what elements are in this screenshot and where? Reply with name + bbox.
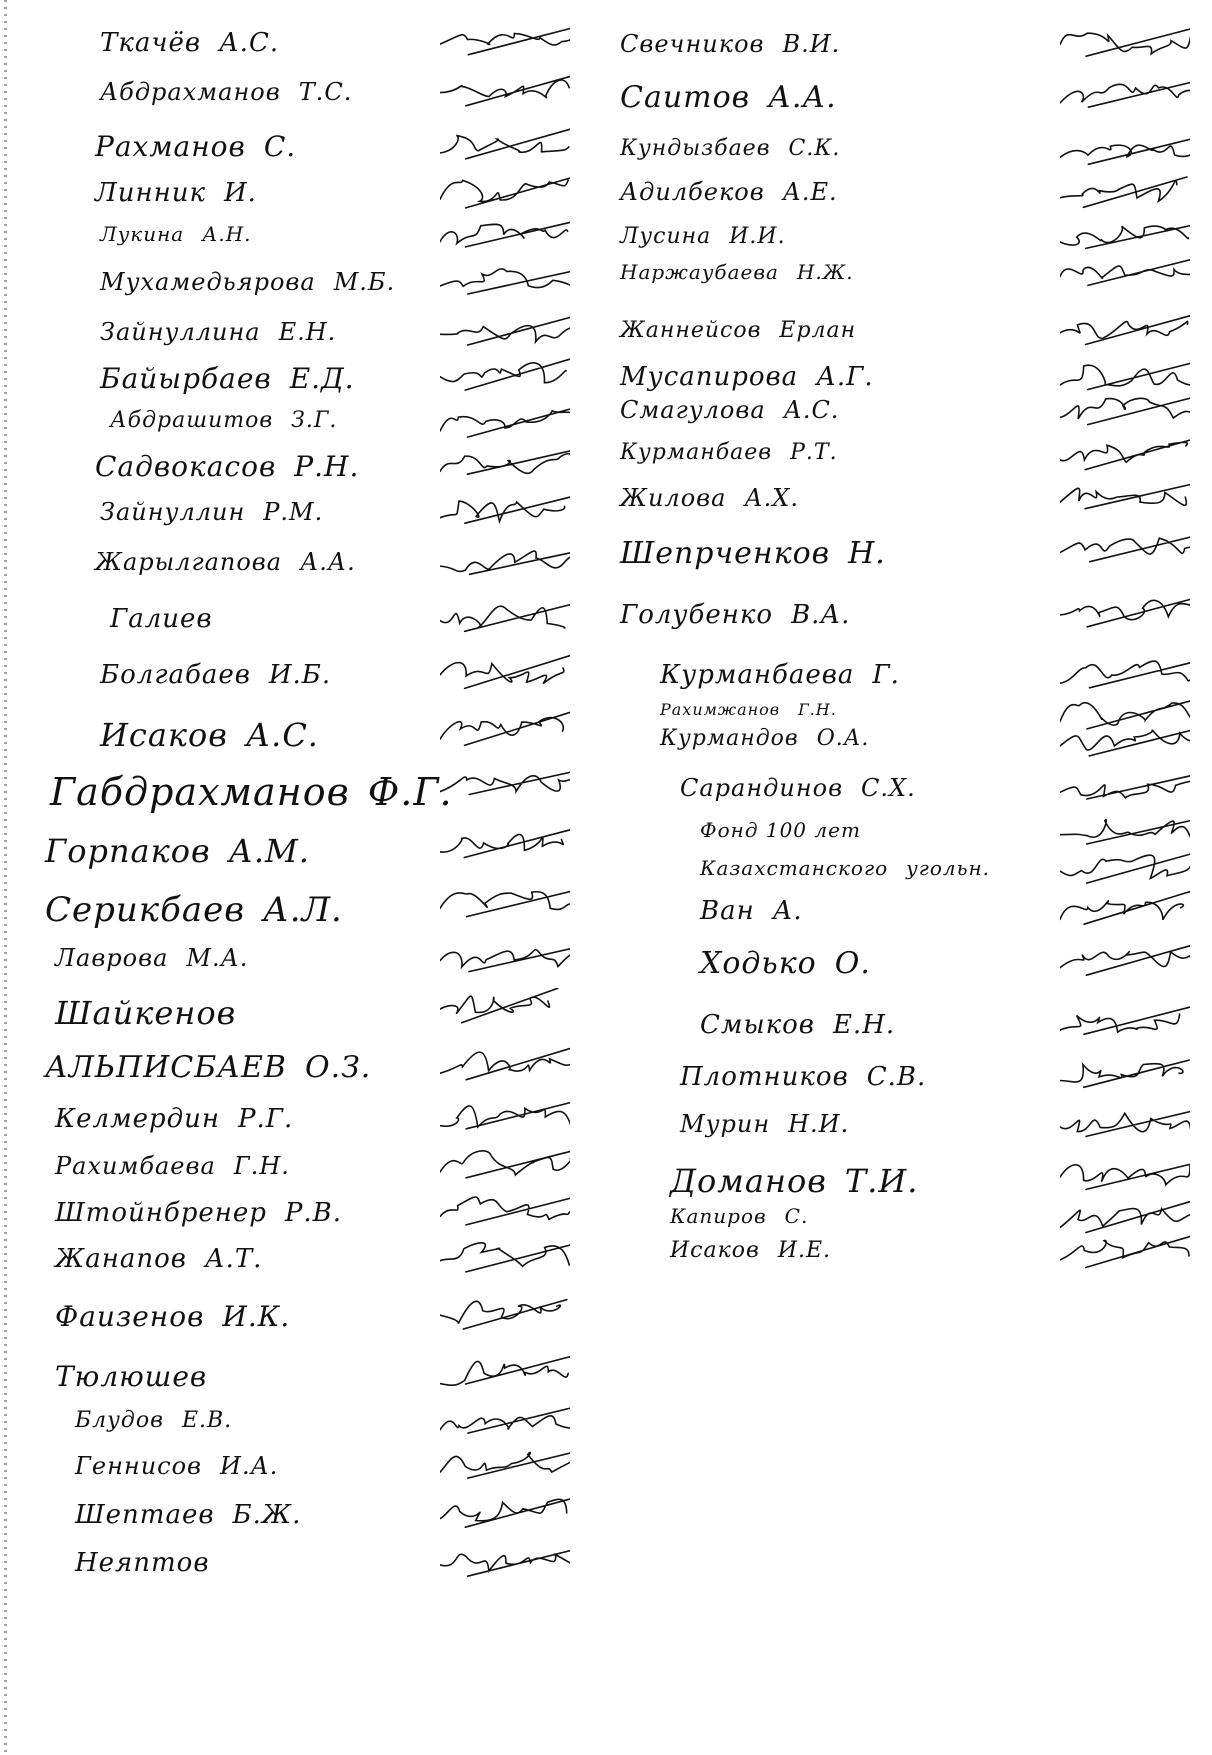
signer-name: Рахимбаева — [55, 1152, 216, 1180]
signer-initials: А.С. — [219, 28, 279, 58]
signature-entry: МухамедьяроваМ.Б. — [100, 268, 395, 296]
signer-name: Зайнуллин — [100, 498, 245, 526]
handwritten-signature — [440, 72, 570, 118]
signer-initials: А.Т. — [205, 1244, 263, 1274]
signature-entry: ПлотниковС.В. — [680, 1062, 926, 1092]
handwritten-signature — [440, 1402, 570, 1448]
handwritten-signature — [440, 710, 570, 756]
scan-edge-border — [4, 0, 7, 1755]
signer-name: Галиев — [110, 604, 213, 634]
signature-entry: КурмандовО.А. — [660, 726, 869, 751]
handwritten-signature — [1060, 1156, 1190, 1202]
signer-name: Серикбаев — [45, 890, 245, 930]
signer-name: Фаизенов — [55, 1300, 204, 1333]
signature-entry: ИсаковА.С. — [100, 716, 319, 754]
signer-initials: Р.М. — [263, 498, 323, 526]
signer-initials: Т.И. — [845, 1162, 919, 1200]
signer-name: Смыков — [700, 1010, 815, 1040]
signature-entry: СаитовА.А. — [620, 80, 837, 115]
signer-initials: А.С. — [784, 396, 840, 424]
signer-name: Габдрахманов — [50, 770, 350, 814]
signer-initials: О.А. — [817, 726, 870, 751]
handwritten-signature — [1060, 130, 1190, 176]
signature-entry: ЛукинаА.Н. — [100, 222, 252, 246]
signer-name: Жанапов — [55, 1244, 187, 1274]
signature-entry: ГолубенкоВ.А. — [620, 600, 850, 630]
handwritten-signature — [1060, 1198, 1190, 1244]
signer-initials: А.А. — [300, 548, 356, 576]
signer-name: Лаврова — [55, 944, 168, 972]
signature-entry: БолгабаевИ.Б. — [100, 660, 331, 690]
signature-entry: КундызбаевС.К. — [620, 136, 840, 161]
handwritten-signature — [1060, 478, 1190, 524]
signer-initials: Р.Т. — [790, 440, 837, 465]
handwritten-signature — [440, 262, 570, 308]
signer-initials: А.Н. — [202, 222, 251, 246]
signer-name: Курманбаева — [660, 660, 854, 690]
handwritten-signature — [1060, 530, 1190, 576]
handwritten-signature — [1060, 390, 1190, 436]
signer-name: Абдрашитов — [110, 408, 273, 433]
signer-name: Голубенко — [620, 600, 773, 630]
signer-name: Жарылгапова — [95, 548, 282, 576]
handwritten-signature — [1060, 654, 1190, 700]
signature-entry: ИсаковИ.Е. — [670, 1238, 831, 1263]
handwritten-signature — [1060, 312, 1190, 358]
signer-initials: О. — [835, 946, 871, 981]
signer-name: Неяптов — [75, 1548, 209, 1578]
signature-entry: Тюлюшев — [55, 1360, 225, 1393]
signer-initials: М.Б. — [334, 268, 395, 296]
signer-name: Садвокасов — [95, 450, 276, 483]
signer-initials: О.З. — [305, 1050, 371, 1085]
signer-initials: И.Б. — [269, 660, 331, 690]
handwritten-signature — [440, 598, 570, 644]
signer-initials: Б.Ж. — [232, 1500, 301, 1530]
signer-name: Доманов — [670, 1162, 827, 1200]
signer-name: Исаков — [100, 716, 228, 754]
signer-name: Смагулова — [620, 396, 766, 424]
signer-name: Мусапирова — [620, 362, 798, 392]
handwritten-signature — [440, 1146, 570, 1192]
handwritten-signature — [1060, 1056, 1190, 1102]
signer-initials: С. — [785, 1204, 809, 1228]
signer-initials: Н.И. — [788, 1110, 849, 1138]
signer-initials: Н. — [848, 536, 886, 571]
signature-entry: ТкачёвА.С. — [100, 28, 279, 58]
signature-entry: ФаизеновИ.К. — [55, 1300, 290, 1333]
signer-name: Ван — [700, 896, 755, 926]
signer-initials: С.В. — [867, 1062, 927, 1092]
signer-name: Лукина — [100, 222, 184, 246]
signer-name: Капиров — [670, 1204, 767, 1228]
signer-initials: угольн. — [906, 856, 990, 880]
signer-initials: И.Е. — [778, 1238, 831, 1263]
signature-entry: ЖанаповА.Т. — [55, 1244, 262, 1274]
signer-initials: З.Г. — [291, 408, 337, 433]
signer-name: Саитов — [620, 80, 750, 115]
signer-initials: А.Л. — [263, 890, 343, 930]
signer-name: Тюлюшев — [55, 1360, 207, 1393]
signer-initials: Ерлан — [779, 318, 856, 343]
signer-name: Исаков — [670, 1238, 760, 1263]
signature-entry: Неяптов — [75, 1548, 227, 1578]
signer-name: Штойнбренер — [55, 1198, 267, 1228]
handwritten-signature — [1060, 850, 1190, 896]
handwritten-signature — [1060, 218, 1190, 264]
signature-entry: ГорпаковА.М. — [45, 832, 310, 870]
signature-entry: АЛЬПИСБАЕВО.З. — [45, 1050, 371, 1085]
handwritten-signature — [1060, 356, 1190, 402]
signature-entry: ВанА. — [700, 896, 803, 926]
signer-name: Свечников — [620, 30, 764, 58]
signature-entry: КурманбаевР.Т. — [620, 440, 838, 465]
signer-name: Жаннейсов — [620, 318, 761, 343]
signature-entry: Шайкенов — [55, 994, 254, 1032]
signer-name: Линник — [95, 178, 206, 208]
signature-entry: ЛавроваМ.А. — [55, 944, 248, 972]
signer-name: Ходько — [700, 946, 817, 981]
signer-name: Жилова — [620, 484, 726, 512]
signer-initials: Г.Н. — [234, 1152, 290, 1180]
signer-name: Болгабаев — [100, 660, 251, 690]
handwritten-signature — [440, 312, 570, 358]
signer-name: Байырбаев — [100, 362, 272, 395]
signature-entry: РахмановС. — [95, 130, 296, 163]
handwritten-signature — [1060, 694, 1190, 740]
handwritten-signature — [1060, 1004, 1190, 1050]
handwritten-signature — [440, 172, 570, 218]
signature-entry: ГеннисовИ.А. — [75, 1452, 278, 1480]
signature-entry: СадвокасовР.Н. — [95, 450, 359, 483]
signer-name: Блудов — [75, 1408, 164, 1433]
handwritten-signature — [440, 884, 570, 930]
signer-initials: А. — [773, 896, 803, 926]
signer-initials: Е.Д. — [290, 362, 355, 395]
signer-initials: А.М. — [229, 832, 310, 870]
handwritten-signature — [440, 22, 570, 68]
handwritten-signature — [1060, 74, 1190, 120]
handwritten-signature — [1060, 890, 1190, 936]
signer-initials: В.А. — [791, 600, 850, 630]
handwritten-signature — [1060, 720, 1190, 766]
signer-name: Шептаев — [75, 1500, 214, 1530]
signer-name: АЛЬПИСБАЕВ — [45, 1050, 287, 1085]
handwritten-signature — [1060, 172, 1190, 218]
signature-entry: ЛусинаИ.И. — [620, 224, 786, 249]
signer-name: Курмандов — [660, 726, 799, 751]
signature-entry: ГабдрахмановФ.Г. — [50, 770, 453, 814]
signer-initials: Г.Н. — [798, 700, 837, 719]
signature-entry: СвечниковВ.И. — [620, 30, 840, 58]
handwritten-signature — [1060, 1104, 1190, 1150]
signature-entry: АбдрахмановТ.С. — [100, 78, 352, 106]
signer-name: Фонд 100 лет — [700, 818, 861, 842]
signer-initials: Т.С. — [299, 78, 353, 106]
signer-initials: Р.Н. — [294, 450, 359, 483]
signer-initials: И.И. — [729, 224, 785, 249]
signature-entry: МусапироваА.Г. — [620, 362, 874, 392]
signer-initials: А.Е. — [783, 178, 838, 206]
signer-initials: А.С. — [246, 716, 319, 754]
signature-entry: БайырбаевЕ.Д. — [100, 362, 355, 395]
handwritten-signature — [440, 1294, 570, 1340]
signer-name: Плотников — [680, 1062, 849, 1092]
signer-initials: А.Х. — [744, 484, 799, 512]
signer-initials: Е.В. — [182, 1408, 232, 1433]
handwritten-signature — [440, 1238, 570, 1284]
signature-entry: ЖаннейсовЕрлан — [620, 318, 856, 343]
signature-entry: ЖарылгаповаА.А. — [95, 548, 356, 576]
signer-name: Шепрченков — [620, 536, 830, 571]
signature-entry: СарандиновС.Х. — [680, 774, 916, 802]
signature-entry: ЖиловаА.Х. — [620, 484, 799, 512]
signature-entry: ШепрченковН. — [620, 536, 886, 571]
handwritten-signature — [440, 216, 570, 262]
signer-initials: Е.Н. — [279, 318, 337, 346]
handwritten-signature — [1060, 812, 1190, 858]
handwritten-signature — [1060, 254, 1190, 300]
handwritten-signature — [1060, 1232, 1190, 1278]
handwritten-signature — [1060, 434, 1190, 480]
signer-initials: М.А. — [186, 944, 248, 972]
signer-initials: В.И. — [782, 30, 840, 58]
handwritten-signature — [440, 764, 570, 810]
signer-initials: И.К. — [222, 1300, 290, 1333]
handwritten-signature — [440, 356, 570, 402]
signature-entry: АбдрашитовЗ.Г. — [110, 408, 337, 433]
signer-initials: Ф.Г. — [368, 770, 453, 814]
signature-entry: ШтойнбренерР.В. — [55, 1198, 342, 1228]
signer-name: Шайкенов — [55, 994, 236, 1032]
signer-name: Адилбеков — [620, 178, 765, 206]
signature-entry: АдилбековА.Е. — [620, 178, 838, 206]
signer-name: Рахманов — [95, 130, 246, 163]
signature-entry: БлудовЕ.В. — [75, 1408, 232, 1433]
signer-name: Зайнуллина — [100, 318, 261, 346]
handwritten-signature — [1060, 24, 1190, 70]
signer-initials: С.К. — [789, 136, 841, 161]
signature-entry: ХодькоО. — [700, 946, 871, 981]
signature-entry: ШептаевБ.Ж. — [75, 1500, 301, 1530]
signer-initials: А.Г. — [816, 362, 873, 392]
handwritten-signature — [440, 654, 570, 700]
handwritten-signature — [440, 1044, 570, 1090]
signer-initials: С. — [264, 130, 296, 163]
signature-entry: ЗайнуллинР.М. — [100, 498, 323, 526]
signer-name: Мурин — [680, 1110, 770, 1138]
signature-entry: Фонд 100 лет — [700, 818, 879, 842]
handwritten-signature — [440, 1446, 570, 1492]
signature-entry: СерикбаевА.Л. — [45, 890, 343, 930]
signer-name: Казахстанского — [700, 856, 888, 880]
handwritten-signature — [440, 492, 570, 538]
signer-initials: Р.В. — [285, 1198, 342, 1228]
signer-name: Кундызбаев — [620, 136, 771, 161]
signer-initials: Е.Н. — [833, 1010, 895, 1040]
signature-entry: РахимжановГ.Н. — [660, 700, 837, 719]
handwritten-signature — [440, 938, 570, 984]
signature-entry: Галиев — [110, 604, 231, 634]
signature-entry: ЗайнуллинаЕ.Н. — [100, 318, 336, 346]
signature-entry: МуринН.И. — [680, 1110, 849, 1138]
signer-initials: С.Х. — [861, 774, 916, 802]
signer-name: Рахимжанов — [660, 700, 780, 719]
signature-entry: СмагуловаА.С. — [620, 396, 839, 424]
signer-name: Абдрахманов — [100, 78, 281, 106]
signer-initials: И.А. — [220, 1452, 278, 1480]
signer-initials: Р.Г. — [238, 1104, 293, 1134]
signer-initials: И. — [224, 178, 257, 208]
signature-entry: ДомановТ.И. — [670, 1162, 918, 1200]
handwritten-signature — [440, 988, 570, 1034]
handwritten-signature — [440, 1098, 570, 1144]
signer-name: Мухамедьярова — [100, 268, 316, 296]
signer-name: Геннисов — [75, 1452, 202, 1480]
signature-entry: НаржаубаеваН.Ж. — [620, 260, 854, 284]
signer-name: Сарандинов — [680, 774, 843, 802]
handwritten-signature — [440, 1192, 570, 1238]
signature-entry: КурманбаеваГ. — [660, 660, 900, 690]
handwritten-signature — [440, 1494, 570, 1540]
signer-initials: Н.Ж. — [797, 260, 854, 284]
signer-name: Наржаубаева — [620, 260, 779, 284]
handwritten-signature — [1060, 594, 1190, 640]
handwritten-signature — [1060, 940, 1190, 986]
signer-name: Ткачёв — [100, 28, 201, 58]
signer-name: Горпаков — [45, 832, 211, 870]
handwritten-signature — [440, 1354, 570, 1400]
handwritten-signature — [440, 826, 570, 872]
handwritten-signature — [440, 444, 570, 490]
signature-entry: РахимбаеваГ.Н. — [55, 1152, 290, 1180]
signature-entry: СмыковЕ.Н. — [700, 1010, 895, 1040]
signer-name: Лусина — [620, 224, 711, 249]
scanned-signature-page: ТкачёвА.С.АбдрахмановТ.С.РахмановС.Линни… — [0, 0, 1212, 1755]
handwritten-signature — [1060, 768, 1190, 814]
signer-initials: Г. — [872, 660, 899, 690]
signature-entry: Казахстанскогоугольн. — [700, 856, 990, 880]
handwritten-signature — [440, 1542, 570, 1588]
signature-entry: ЛинникИ. — [95, 178, 257, 208]
handwritten-signature — [440, 124, 570, 170]
signature-entry: КелмердинР.Г. — [55, 1104, 293, 1134]
handwritten-signature — [440, 542, 570, 588]
signer-name: Келмердин — [55, 1104, 220, 1134]
signer-initials: А.А. — [768, 80, 837, 115]
signature-entry: КапировС. — [670, 1204, 808, 1228]
signer-name: Курманбаев — [620, 440, 772, 465]
handwritten-signature — [440, 402, 570, 448]
